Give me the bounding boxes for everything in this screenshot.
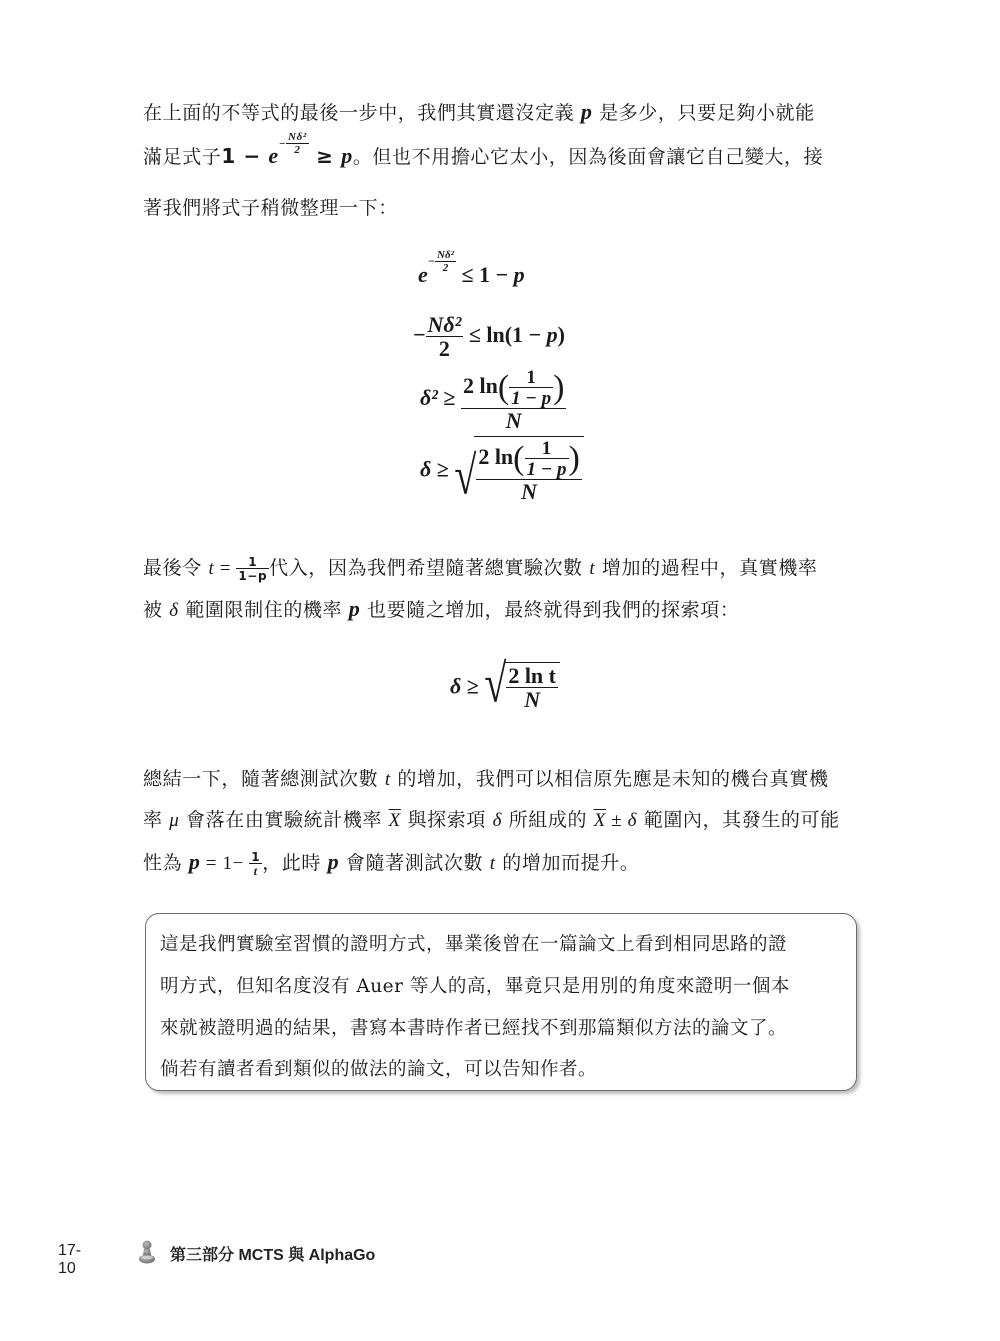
text: 率 [143, 809, 169, 831]
exploration-term-equation: δ ≥ √2 ln tN [450, 662, 560, 711]
math-paren: ) [558, 322, 565, 347]
callout-line: 來就被證明過的結果，書寫本書時作者已經找不到那篇類似方法的論文了。 [160, 1014, 787, 1040]
paragraph-line: 被 δ 範圍限制住的機率 p 也要隨之增加，最終就得到我們的探索項： [143, 595, 739, 622]
fraction-numerator: 2 ln(11 − p) [476, 439, 582, 479]
fraction-numerator: 1 [509, 368, 553, 387]
math-var-p: p [328, 849, 340, 874]
math-e: e [418, 262, 428, 287]
text: 。但也不用擔心它太小，因為後面會讓它自己變大，接 [353, 146, 823, 168]
math-fraction: Nδ²2 [426, 314, 464, 360]
math-relation: ≤ ln(1 − [463, 322, 546, 347]
text: 增加的過程中，真實機率 [595, 557, 817, 579]
fraction-denominator: N [506, 687, 558, 711]
math-lhs: δ² [420, 385, 438, 410]
math-var-p: p [349, 596, 361, 621]
fraction-numerator: 1 [236, 556, 269, 568]
math-lhs: δ [420, 457, 431, 482]
math-sign: − [428, 254, 435, 268]
math-relation: ≤ 1 − [456, 262, 514, 287]
math-var-p: p [189, 849, 201, 874]
math-delta: δ [628, 810, 637, 831]
fraction-denominator: 1−p [236, 568, 269, 582]
text: 被 [143, 599, 169, 621]
fraction-denominator: N [461, 408, 567, 432]
fraction-numerator: 1 [249, 851, 262, 863]
fraction-denominator: 2 [435, 261, 456, 274]
math-relation: ≥ [431, 457, 454, 482]
paragraph-line: 滿足式子1 − e−Nδ²2 ≥ p。但也不用擔心它太小，因為後面會讓它自己變大… [143, 142, 823, 169]
math-xbar: X [594, 810, 606, 831]
math-xbar: X [389, 810, 401, 831]
fraction-numerator: Nδ² [286, 132, 309, 143]
fraction-numerator: Nδ² [435, 250, 456, 261]
text: 與探索項 [401, 809, 493, 831]
math-pm: ± [606, 810, 628, 831]
fraction-denominator: 1 − p [509, 387, 553, 408]
text: 的增加而提升。 [496, 852, 640, 874]
math-fraction: 2 ln(11 − p)N [476, 439, 582, 503]
math-delta: δ [493, 810, 502, 831]
text: ，此時 [262, 852, 327, 874]
equation-3: δ² ≥ 2 ln(11 − p)N [420, 368, 566, 432]
math-geq: ≥ [309, 144, 341, 168]
text: 會隨著測試次數 [339, 852, 489, 874]
text: 範圍限制住的機率 [179, 599, 349, 621]
inner-fraction: 11 − p [509, 368, 553, 408]
math-sqrt: √2 ln tN [484, 662, 560, 711]
math-fraction: Nδ²2 [435, 250, 456, 274]
equation-4: δ ≥ √2 ln(11 − p)N [420, 436, 584, 503]
math-relation: ≥ [438, 385, 461, 410]
text: 最後令 [143, 557, 208, 579]
math-fraction: Nδ²2 [286, 132, 309, 156]
math-one: 1 − [221, 144, 268, 168]
text: 滿足式子 [143, 146, 221, 168]
page-number: 17-10 [58, 1242, 81, 1278]
math-lhs: δ [450, 674, 461, 699]
math-e: e [268, 143, 278, 168]
equation-1: e−Nδ²2 ≤ 1 − p [418, 262, 525, 288]
callout-line: 明方式，但知名度沒有 Auer 等人的高，畢竟只是用別的角度來證明一個本 [160, 972, 790, 998]
fraction-denominator: 2 [286, 143, 309, 156]
paragraph-line: 總結一下，隨著總測試次數 t 的增加，我們可以相信原先應是未知的機台真實機 [143, 764, 829, 791]
author-note-callout: 這是我們實驗室習慣的證明方式，畢業後曾在一篇論文上看到相同思路的證 明方式，但知… [145, 913, 857, 1091]
paragraph-line: 性為 p = 1− 1t，此時 p 會隨著測試次數 t 的增加而提升。 [143, 848, 639, 877]
inner-fraction: 11 − p [525, 439, 569, 479]
text: 也要隨之增加，最終就得到我們的探索項： [360, 599, 739, 621]
math-sqrt: √2 ln(11 − p)N [454, 436, 583, 503]
fraction-denominator: 1 − p [525, 458, 569, 479]
math-fraction: 11−p [236, 556, 269, 582]
fraction-numerator: Nδ² [426, 314, 464, 336]
math-var-p: p [547, 322, 558, 347]
fraction-numerator: 2 ln t [506, 665, 558, 687]
paragraph-line: 最後令 t = 11−p代入，因為我們希望隨著總實驗次數 t 增加的過程中，真實… [143, 553, 818, 582]
part-title: 第三部分 MCTS 與 AlphaGo [170, 1242, 375, 1265]
math-eq: = [214, 558, 236, 579]
math-relation: ≥ [461, 674, 484, 699]
fraction-denominator: N [476, 479, 582, 503]
math-eq: = 1− [200, 853, 249, 874]
math-fraction: 2 ln(11 − p)N [461, 368, 567, 432]
fraction-denominator: t [249, 863, 262, 877]
radical-icon: √ [454, 449, 476, 503]
math-var-p: p [341, 143, 353, 168]
text: 所組成的 [502, 809, 594, 831]
callout-line: 這是我們實驗室習慣的證明方式，畢業後曾在一篇論文上看到相同思路的證 [160, 930, 787, 956]
paragraph-line: 著我們將式子稍微整理一下： [143, 193, 398, 220]
callout-line: 倘若有讀者看到類似的做法的論文，可以告知作者。 [160, 1055, 597, 1081]
text: 著我們將式子稍微整理一下： [143, 197, 398, 219]
text: 是多少，只要足夠小就能 [592, 102, 814, 124]
fraction-numerator: 2 ln(11 − p) [461, 368, 567, 408]
fraction-denominator: 2 [426, 336, 464, 360]
radical-icon: √ [484, 657, 506, 711]
math-var-p: p [581, 99, 593, 124]
math-mu: μ [169, 810, 179, 831]
math-delta: δ [169, 600, 178, 621]
text: 代入，因為我們希望隨著總實驗次數 [269, 557, 589, 579]
math-sign: − [413, 322, 426, 347]
paragraph-line: 在上面的不等式的最後一步中，我們其實還沒定義 p 是多少，只要足夠小就能 [143, 98, 815, 125]
fraction-numerator: 1 [525, 439, 569, 458]
math-ln: 2 ln [463, 373, 498, 398]
pawn-icon [137, 1239, 157, 1265]
math-fraction: 2 ln tN [506, 665, 558, 711]
text: 範圍內，其發生的可能 [637, 809, 840, 831]
text: 性為 [143, 852, 189, 874]
text: 會落在由實驗統計機率 [179, 809, 388, 831]
math-ln: 2 ln [478, 444, 513, 469]
equation-2: −Nδ²2 ≤ ln(1 − p) [413, 314, 565, 360]
paragraph-line: 率 μ 會落在由實驗統計機率 X 與探索項 δ 所組成的 X ± δ 範圍內，其… [143, 805, 840, 832]
text: 的增加，我們可以相信原先應是未知的機台真實機 [391, 768, 829, 790]
math-var-p: p [514, 262, 525, 287]
text: 在上面的不等式的最後一步中，我們其實還沒定義 [143, 102, 581, 124]
math-sign: − [279, 138, 286, 150]
text: 總結一下，隨著總測試次數 [143, 768, 385, 790]
math-fraction: 1t [249, 851, 262, 877]
